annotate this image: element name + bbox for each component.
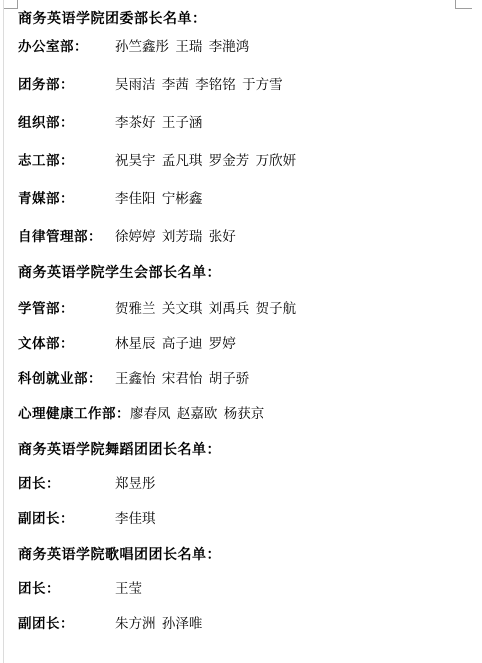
dept-label: 团务部： <box>18 76 115 94</box>
member-names: 王莹 <box>115 580 142 598</box>
dept-label: 科创就业部： <box>18 370 115 388</box>
member-names: 李茶好 王子涵 <box>115 114 202 132</box>
dept-row: 团务部： 吴雨洁 李茜 李铭铭 于方雪 <box>18 76 458 94</box>
dept-label: 心理健康工作部： <box>18 405 130 423</box>
dept-label: 学管部： <box>18 300 115 318</box>
dept-label: 组织部： <box>18 114 115 132</box>
member-names: 林星辰 高子迪 罗婷 <box>115 335 236 353</box>
dept-label: 团长： <box>18 580 115 598</box>
member-names: 廖春凤 赵嘉欧 杨获京 <box>130 405 264 423</box>
dept-label: 自律管理部： <box>18 228 115 246</box>
dept-label: 志工部： <box>18 152 115 170</box>
dept-label: 团长： <box>18 475 115 493</box>
member-names: 朱方洲 孙泽唯 <box>115 615 202 633</box>
dept-label: 文体部： <box>18 335 115 353</box>
member-names: 王鑫怡 宋君怡 胡子骄 <box>115 370 249 388</box>
member-names: 徐婷婷 刘芳瑞 张好 <box>115 228 236 246</box>
dept-row: 副团长： 朱方洲 孙泽唯 <box>18 615 458 633</box>
dept-row: 学管部： 贺雅兰 关文琪 刘禹兵 贺子航 <box>18 300 458 318</box>
member-names: 祝昊宇 孟凡琪 罗金芳 万欣妍 <box>115 152 296 170</box>
dept-row: 办公室部： 孙竺鑫彤 王瑞 李滟鸿 <box>18 38 458 56</box>
member-names: 孙竺鑫彤 王瑞 李滟鸿 <box>115 38 249 56</box>
member-names: 郑昱彤 <box>115 475 156 493</box>
dept-label: 副团长： <box>18 615 115 633</box>
section-heading-choir: 商务英语学院歌唱团团长名单： <box>18 545 458 563</box>
document-page: 商务英语学院团委部长名单： 办公室部： 孙竺鑫彤 王瑞 李滟鸿 团务部： 吴雨洁… <box>0 0 482 663</box>
section-heading-league-committee: 商务英语学院团委部长名单： <box>18 9 458 27</box>
page-edge-line <box>3 0 4 663</box>
member-names: 李佳阳 宁彬鑫 <box>115 190 202 208</box>
dept-row: 组织部： 李茶好 王子涵 <box>18 114 458 132</box>
dept-row: 自律管理部： 徐婷婷 刘芳瑞 张好 <box>18 228 458 246</box>
member-names: 贺雅兰 关文琪 刘禹兵 贺子航 <box>115 300 296 318</box>
dept-row: 团长： 王莹 <box>18 580 458 598</box>
crop-mark-top-left-horizontal <box>4 8 18 9</box>
dept-label: 青媒部： <box>18 190 115 208</box>
document-body: 商务英语学院团委部长名单： 办公室部： 孙竺鑫彤 王瑞 李滟鸿 团务部： 吴雨洁… <box>18 9 458 633</box>
dept-row: 文体部： 林星辰 高子迪 罗婷 <box>18 335 458 353</box>
section-heading-dance-troupe: 商务英语学院舞蹈团团长名单： <box>18 440 458 458</box>
member-names: 吴雨洁 李茜 李铭铭 于方雪 <box>115 76 283 94</box>
dept-row: 科创就业部： 王鑫怡 宋君怡 胡子骄 <box>18 370 458 388</box>
dept-label: 副团长： <box>18 510 115 528</box>
dept-label: 办公室部： <box>18 38 115 56</box>
dept-row: 青媒部： 李佳阳 宁彬鑫 <box>18 190 458 208</box>
member-names: 李佳琪 <box>115 510 156 528</box>
dept-row: 副团长： 李佳琪 <box>18 510 458 528</box>
dept-row: 团长： 郑昱彤 <box>18 475 458 493</box>
dept-row: 志工部： 祝昊宇 孟凡琪 罗金芳 万欣妍 <box>18 152 458 170</box>
dept-row: 心理健康工作部： 廖春凤 赵嘉欧 杨获京 <box>18 405 458 423</box>
section-heading-student-union: 商务英语学院学生会部长名单： <box>18 263 458 281</box>
